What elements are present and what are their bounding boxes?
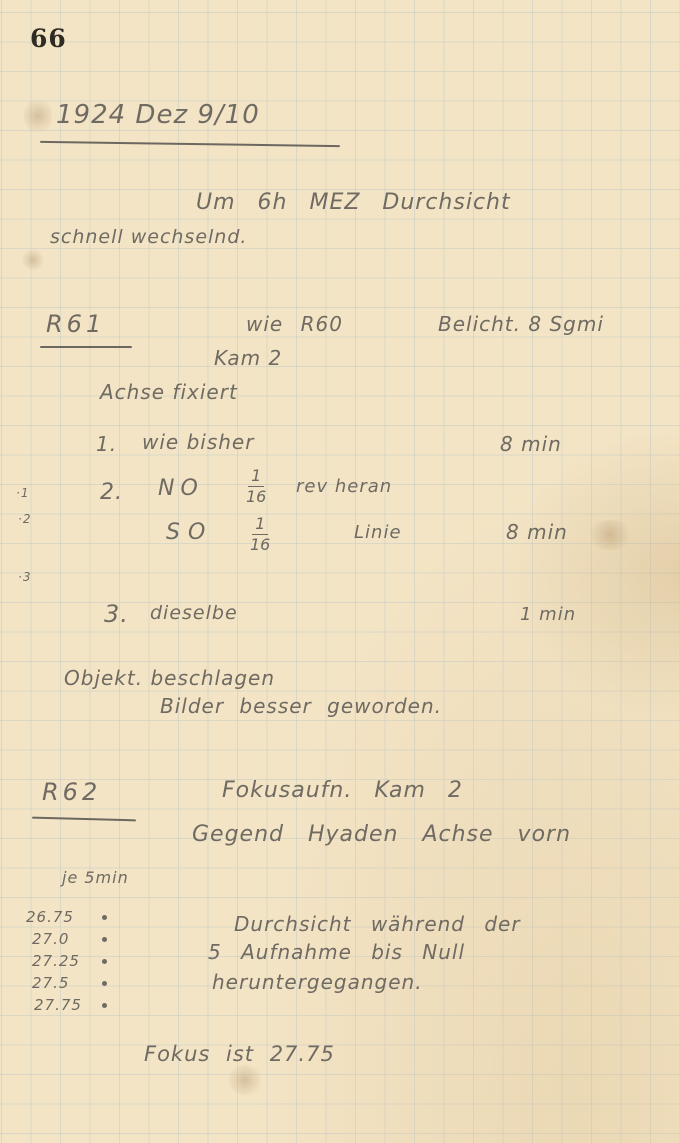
- margin-mark: ·2: [18, 512, 31, 526]
- fraction: 1 16: [250, 516, 270, 553]
- paper-stain: [585, 520, 635, 550]
- fraction-denominator: 16: [250, 537, 270, 553]
- fraction-numerator: 1: [251, 468, 261, 484]
- focus-value: 27.5: [26, 974, 96, 992]
- margin-mark: ·3: [18, 570, 31, 584]
- paper-stain: [20, 250, 46, 270]
- intro-line-2: schnell wechselnd.: [50, 226, 247, 248]
- r62-conclusion: Fokus ist 27.75: [144, 1042, 335, 1066]
- r61-remark-1: Objekt. beschlagen: [64, 666, 275, 690]
- r61-note-right: Belicht. 8 Sgmi: [438, 312, 604, 336]
- step-text: SO: [166, 520, 213, 545]
- step-text: NO: [158, 476, 204, 501]
- page-number: 66: [30, 24, 67, 53]
- r61-subhead: Achse fixiert: [100, 380, 238, 404]
- entry-id-r62: R62: [42, 778, 101, 806]
- entry-id-r61: R61: [46, 310, 105, 338]
- r61-underline: [40, 346, 132, 348]
- bullet-dot-icon: [102, 1003, 107, 1008]
- focus-values-list: 26.75 27.0 27.25 27.5 27.75: [26, 906, 107, 1016]
- focus-row: 27.5: [26, 972, 107, 994]
- focus-value: 27.25: [26, 952, 96, 970]
- date-underline: [40, 141, 340, 147]
- r62-remark-2: 5 Aufnahme bis Null: [208, 940, 465, 964]
- step-text: dieselbe: [150, 602, 238, 624]
- step-number: 3.: [104, 600, 129, 628]
- step-duration: 8 min: [506, 520, 568, 544]
- r62-desc: Fokusaufn. Kam 2: [222, 778, 463, 803]
- step-number: 2.: [100, 480, 123, 505]
- fraction-denominator: 16: [246, 489, 266, 505]
- paper-stain: [24, 96, 52, 136]
- r61-camera: Kam 2: [214, 346, 282, 370]
- step-extra: rev heran: [296, 476, 392, 497]
- intro-line-1: Um 6h MEZ Durchsicht: [196, 190, 511, 215]
- focus-row: 27.75: [26, 994, 107, 1016]
- paper-stain: [225, 1065, 265, 1095]
- focus-row: 27.25: [26, 950, 107, 972]
- bullet-dot-icon: [102, 959, 107, 964]
- notebook-page: 66 1924 Dez 9/10 Um 6h MEZ Durchsicht sc…: [0, 0, 680, 1143]
- r61-remark-2: Bilder besser geworden.: [160, 694, 442, 718]
- r62-remark-1: Durchsicht während der: [234, 912, 521, 936]
- focus-row: 27.0: [26, 928, 107, 950]
- r61-desc: wie R60: [246, 312, 343, 336]
- margin-mark: ·1: [16, 486, 29, 500]
- r62-remark-3: heruntergegangen.: [212, 970, 423, 994]
- fraction: 1 16: [246, 468, 266, 505]
- step-number: 1.: [96, 432, 117, 456]
- focus-value: 27.0: [26, 930, 96, 948]
- r62-interval: je 5min: [62, 868, 129, 887]
- r62-underline: [32, 817, 136, 822]
- step-duration: 8 min: [500, 432, 562, 456]
- date-heading: 1924 Dez 9/10: [56, 100, 260, 130]
- r62-line-2: Gegend Hyaden Achse vorn: [192, 822, 571, 847]
- bullet-dot-icon: [102, 937, 107, 942]
- bullet-dot-icon: [102, 915, 107, 920]
- focus-row: 26.75: [26, 906, 107, 928]
- focus-value: 27.75: [26, 996, 96, 1014]
- step-text: wie bisher: [142, 430, 254, 454]
- fraction-numerator: 1: [255, 516, 265, 532]
- focus-value: 26.75: [26, 908, 96, 926]
- step-extra: Linie: [354, 522, 402, 543]
- bullet-dot-icon: [102, 981, 107, 986]
- step-duration: 1 min: [520, 604, 576, 625]
